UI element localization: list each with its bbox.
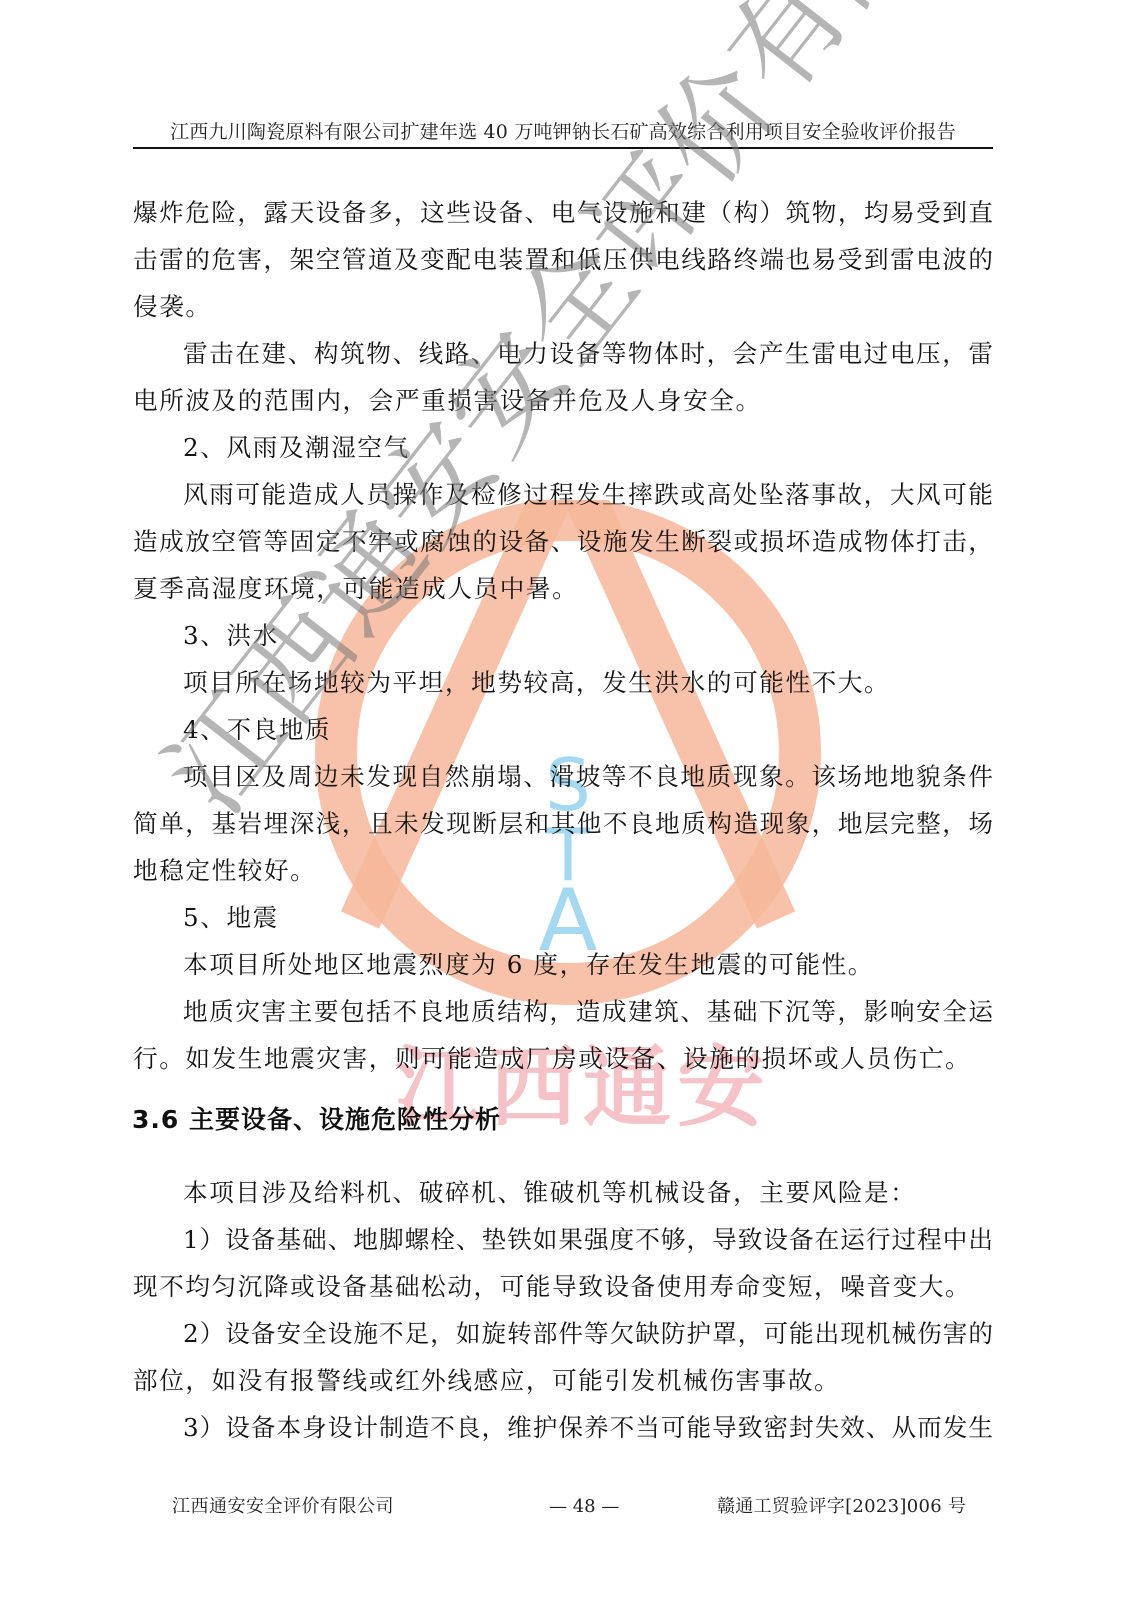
paragraph-line: 简单，基岩埋深浅，且未发现断层和其他不良地质构造现象，地层完整，场 (133, 809, 993, 839)
paragraph-line: 部位，如没有报警线或红外线感应，可能引发机械伤害事故。 (133, 1366, 840, 1396)
paragraph-line: 造成放空管等固定不牢或腐蚀的设备、设施发生断裂或损坏造成物体打击， (133, 527, 993, 557)
footer-document-code: 赣通工贸验评字[2023]006 号 (717, 1496, 966, 1518)
paragraph-line: 击雷的危害，架空管道及变配电装置和低压供电线路终端也易受到雷电波的 (133, 245, 993, 275)
paragraph-line: 雷击在建、构筑物、线路、电力设备等物体时，会产生雷电过电压，雷 (183, 339, 993, 369)
paragraph-line: 地质灾害主要包括不良地质结构，造成建筑、基础下沉等，影响安全运 (183, 997, 993, 1027)
paragraph-line: 爆炸危险，露天设备多，这些设备、电气设施和建（构）筑物，均易受到直 (133, 198, 993, 228)
paragraph-line: 本项目涉及给料机、破碎机、锥破机等机械设备，主要风险是： (183, 1178, 916, 1208)
paragraph-line: 本项目所处地区地震烈度为 6 度，存在发生地震的可能性。 (183, 950, 874, 980)
paragraph-line: 项目区及周边未发现自然崩塌、滑坡等不良地质现象。该场地地貌条件 (183, 762, 993, 792)
paragraph-line: 侵袭。 (133, 292, 212, 322)
paragraph-line: 现不均匀沉降或设备基础松动，可能导致设备使用寿命变短，噪音变大。 (133, 1272, 971, 1302)
paragraph-line: 1）设备基础、地脚螺栓、垫铁如果强度不够，导致设备在运行过程中出 (183, 1225, 993, 1255)
subheading-flood: 3、洪水 (183, 621, 279, 651)
paragraph-line: 2）设备安全设施不足，如旋转部件等欠缺防护罩，可能出现机械伤害的 (183, 1319, 993, 1349)
subheading-bad-geology: 4、不良地质 (183, 715, 331, 745)
section-heading: 3.6 主要设备、设施危险性分析 (132, 1105, 501, 1135)
running-header: 江西九川陶瓷原料有限公司扩建年选 40 万吨钾钠长石矿高效综合利用项目安全验收评… (133, 120, 993, 144)
footer-page-number: — 48 — (549, 1496, 619, 1518)
paragraph-line: 项目所在场地较为平坦，地势较高，发生洪水的可能性不大。 (183, 668, 890, 698)
paragraph-line: 行。如发生地震灾害，则可能造成厂房或设备、设施的损坏或人员伤亡。 (133, 1044, 971, 1074)
paragraph-line: 夏季高湿度环境，可能造成人员中暑。 (133, 574, 578, 604)
paragraph-line: 地稳定性较好。 (133, 856, 316, 886)
paragraph-line: 风雨可能造成人员操作及检修过程发生摔跌或高处坠落事故，大风可能 (183, 480, 993, 510)
subheading-wind-rain: 2、风雨及潮湿空气 (183, 433, 410, 463)
paragraph-line: 3）设备本身设计制造不良，维护保养不当可能导致密封失效、从而发生 (183, 1413, 993, 1443)
subheading-earthquake: 5、地震 (183, 903, 279, 933)
footer-company: 江西通安安全评价有限公司 (172, 1496, 394, 1518)
document-page: 江西九川陶瓷原料有限公司扩建年选 40 万吨钾钠长石矿高效综合利用项目安全验收评… (0, 0, 1131, 1600)
header-rule (133, 147, 993, 149)
paragraph-line: 电所波及的范围内，会严重损害设备并危及人身安全。 (133, 386, 762, 416)
